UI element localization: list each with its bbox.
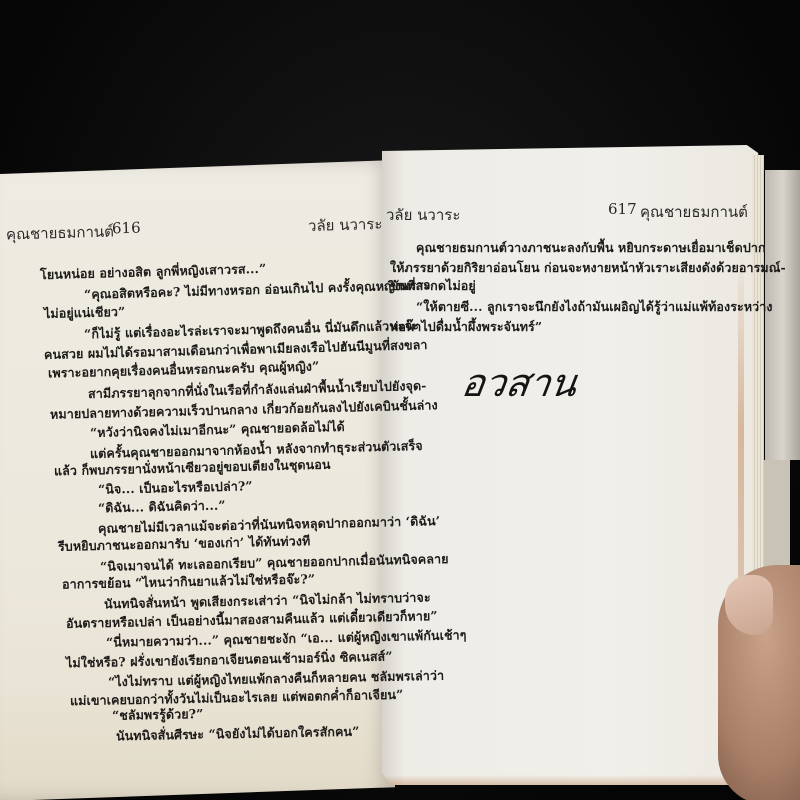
text-line: พ่อพาไปดื่มน้ำผึ้งพระจันทร์” [390, 317, 542, 337]
text-line: ให้ภรรยาด้วยกิริยาอ่อนโยน ก่อนจะหงายหน้า… [390, 258, 786, 278]
right-running-title: คุณชายธมกานต์ [640, 200, 748, 224]
left-page-number: 616 [112, 219, 141, 238]
the-end-heading: อวสาน [458, 352, 581, 413]
text-line: “ชลัมพรรู้ด้วย?” [112, 704, 204, 726]
text-line: ขันที่สะกดไม่อยู่ [390, 276, 476, 296]
right-author: วลัย นวาระ [386, 203, 460, 227]
left-author: วลัย นวาระ [308, 212, 383, 238]
text-line: คุณชายธมกานต์วางภาชนะลงกับพื้น หยิบกระดา… [416, 238, 766, 258]
text-line: ไม่อยู่แน่เชียว” [44, 302, 126, 324]
left-running-title: คุณชายธมกานต์ [6, 219, 115, 246]
right-page-number: 617 [608, 200, 637, 218]
text-line: “ดิฉัน... ดิฉันคิดว่า...” [98, 496, 226, 519]
text-line: “ให้ตายซี... ลูกเราจะนึกยังไงถ้ามันเผอิญ… [416, 297, 773, 317]
page-bottom-stain [382, 775, 762, 785]
